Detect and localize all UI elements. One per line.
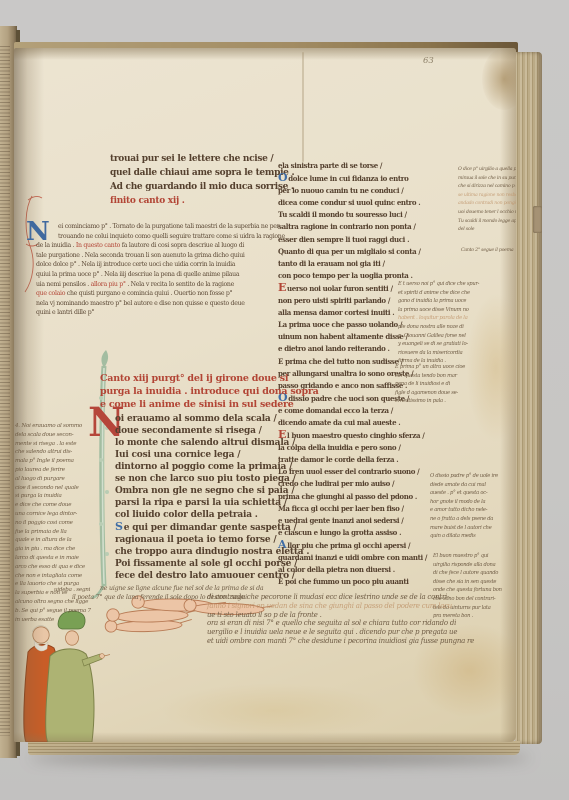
gloss-line: che salendo altrui dis- [15,448,91,457]
commentary-line: quini e lantri dille p° [36,308,285,318]
versal-initial: S [115,520,123,533]
gloss-line: b. Se qui p° segue il poema 7 [15,607,91,616]
gloss-line: E prima p° un altra uoce cioe [395,363,465,372]
commentary-line: tale purgatione . Nela seconda trouan li… [36,251,285,261]
verse-line: Poi fissamente al sole gl occhi porse / [115,558,309,570]
verse-line: finito canto xij . [110,194,294,208]
gloss-line: al luogo di purgare [15,475,91,484]
facing-page-text-hint [0,46,10,736]
gloss-line: si purga la inuidia [15,492,91,501]
gloss-line: che non e intagliata come [15,572,91,581]
note-line: ora si eran di nisi 7° e quello che segu… [207,619,474,628]
gloss-line: che si dirizza nel camino p dice [458,183,516,192]
gloss-line: O dissio padre p° de uole ire [430,472,498,481]
verse-line: quel dalle chiaui ame sopra le tempie . [110,166,294,180]
gloss-right-2: Canto 2° segue il poema [461,247,513,256]
fore-edge-tab [533,206,542,233]
verse-line: Quanto di qua per un migliaio si conta / [278,246,427,258]
note-line: ue ti sto leuato il so p de la fronte . [207,611,474,620]
gloss-line: riceuere da la misericordia [398,349,479,358]
gloss-line: mente si risega . la este [15,440,91,449]
folio-number: 63 [423,56,434,66]
verse-line: ragionaua il poeta io temo forse / [115,534,309,546]
bottom-commentary-note: di contrade che pecorone li mudasi ecc d… [207,593,474,646]
gloss-line: disse che sia in sen queste [433,578,502,587]
gloss-line: et spiriti d anime che dice che [398,289,479,298]
gloss-line: uirgilia risponde alla dona [433,561,502,570]
soul-figure [105,618,192,633]
gloss-line: p. Giouanni Galilea forse nel [398,332,479,341]
note-line: di contrade che pecorone li mudasi ecc d… [207,593,474,602]
verse-line: col liuido color della petraia . [115,509,309,521]
gloss-line: pio laurea de ferire [15,466,91,475]
gloss-line: gano d inuidia la prima uoce [398,297,479,306]
gloss-right-3: E t uerso noi p° qui dice che spur-et sp… [398,280,479,366]
soul-figure [107,607,200,624]
commentary-line: nela vj nominando maestro p° bel autore … [36,299,285,309]
gloss-left-margin-tail: uideba . segni [54,587,90,593]
gloss-line: diede amate da cui mal [430,481,498,490]
note-line: et uidi ombre con manti 7° che desidune … [207,637,474,646]
verse-line: Ombra non gle ne segno che si paia / [115,485,309,497]
gloss-line: in uerba esatte [15,616,91,625]
gloss-right-5: O dissio padre p° de uole irediede amate… [430,472,498,541]
gloss-line: mala p° Ingle il poema [15,457,91,466]
commentary-line: dolce dolce p° . Nela iij introduce cert… [36,260,285,270]
rubric-line: Canto xiij purgt° del ij girone doue si [100,372,319,385]
verse-line: Tu scaldi il mondo tu souresso luci / [278,209,427,221]
verse-line: esser dien sempre li tuoi raggi duci . [278,234,427,246]
manuscript-page: 63 trouai pur sei le lettere che ncise /… [14,48,516,742]
gloss-line: mare buist de l autori che [430,524,498,533]
gloss-line: cioe il secondo nel quale [15,484,91,493]
gloss-line: del sole [458,226,516,235]
gloss-line: e amor tutto dicho nele- [430,506,498,515]
gloss-line: quale e in altura de la [15,536,91,545]
commentary-line: quiui la prima uoce p° . Nela iiij descr… [36,270,285,280]
verse-line: dicea come condur si uuol quinc entro . [278,197,427,209]
parchment-stain [159,683,389,738]
verse-line: tanto di la erauam noi gia iti / [278,258,427,270]
verse-line: Iui cosi una cornice lega / [115,449,309,461]
gloss-line: habent . loquitur parola de la [398,314,479,323]
commentary-line: trouando ne colui inquieto como quelli s… [36,232,285,242]
gloss-right-4: E prima p° un altra uoce cioecor questa … [395,363,465,406]
gloss-line: Canto 2° segue il poema [461,247,513,256]
gloss-line: arco che esso di qua e dice [15,563,91,572]
gloss-line: no il poggio cosi come [15,519,91,528]
commentary-line: que colaio che quisti purgano e comincia… [36,289,285,299]
gloss-line: hor gnote il modo de la [430,498,498,507]
gloss-line: larco di questa e in maie [15,554,91,563]
verse-line: oi erauamo al sommo dela scala / [115,413,309,425]
gloss-line: cor questa tendo bon mar [395,372,465,381]
right-edge-shading [500,48,516,742]
gloss-line: fue la primaia de lla [15,528,91,537]
verse-line: fece del destro lato amuouer centro / [115,570,309,582]
parchment-crease [302,52,304,162]
manuscript-photo: 63 trouai pur sei le lettere che ncise /… [0,0,569,800]
gloss-line: una cornice lega dintor- [15,510,91,519]
verse-line: per lo nuouo camin tu ne conduci / [278,185,427,197]
gloss-line: 4. Noi erauamo al sommo [15,422,91,431]
gloss-line: e dice che come doue [15,501,91,510]
rubric-line: purga la inuidia . introduce qui dona so… [100,385,319,398]
note-line: uergilio e l inuidia uela neue e le segu… [207,628,474,637]
gloss-line: miraua il sole che in su punto [458,175,516,184]
verse-line: doue secondamente si risega / [115,425,309,437]
virgil-figure [24,625,60,742]
gloss-line: gia in piu . ma dice che [15,545,91,554]
book-shadow [30,752,530,764]
versal-initial: O [278,171,287,184]
verse-column-left: oi erauamo al sommo dela scala /doue sec… [115,413,309,582]
top-edge-shading [14,48,516,60]
gloss-line: Tu scaldi il mondo legge apprendi [458,218,516,227]
verse-line: parsi la ripa e parsi la uia schietta / [115,497,309,509]
gloss-line: di che fece l autore quando [433,569,502,578]
commentary-line: ei cominciamo p° . Tornato de la purgati… [36,222,285,232]
gloss-line: E t uerso noi p° qui dice che spur- [398,280,479,289]
gloss-line: ple dona nostra alle noze di [398,323,479,332]
gloss-line: pena de li inuidiosi e di [395,380,465,389]
gloss-line: dela scala doue secon- [15,431,91,440]
gloss-line: aueste . p° et questa oc- [430,489,498,498]
gloss-line: El buon maestro p° qui [433,552,502,561]
verse-line: Ad che guardando il mio duca sorrise . [110,180,294,194]
note-line: fanno i signori en uedan de sina che giu… [207,602,474,611]
interlinear-gloss-1: ne uigne se ligne alcune fue nel sol de … [100,585,263,592]
canto-xiii-rubric: Canto xiij purgt° del ij girone doue sip… [100,372,319,411]
canto-xii-ending: trouai pur sei le lettere che ncise /que… [110,152,294,208]
gloss-line: O dice p° uirgilio a quella par- [458,166,516,175]
verse-line: Se qui per dimandar gente saspetta / [115,521,309,534]
verse-line: che troppo aura dindugio nostra eletta . [115,546,309,558]
verse-line: Odolce lume in cui fidanza io entro [278,172,427,185]
corner-stain [482,48,516,110]
gloss-line: se ultima ragione non resban [458,192,516,201]
gloss-right-1: O dice p° uirgilio a quella par-miraua i… [458,166,516,235]
gloss-line: uoi douemo tener l occhio uiua [458,209,516,218]
verse-line: saltra ragione in contrario non ponta / [278,221,427,233]
dante-figure [46,611,110,742]
gloss-line: la prima uoce disse Vinum no [398,306,479,315]
verse-line: dintorno al poggio come la primaia / [115,461,309,473]
rubric-line: e come li anime de sinisi in sul sedere [100,398,319,411]
gloss-line: ne o fratta a dels psene da [430,515,498,524]
verse-line: lo monte che salendo altrui dismala / [115,437,309,449]
commentary-line: de la inuidia . In questo canto fa lauto… [36,241,285,251]
commentary-block: ei cominciamo p° . Tornato de la purgati… [36,222,285,318]
gloss-line: andado contradi non pongi [458,200,516,209]
commentary-line: uia nemi pensilos . allora piu p° . Nela… [36,280,285,290]
verse-line: trouai pur sei le lettere che ncise / [110,152,294,166]
verse-line: se non che larco suo piu tosto piega / [115,473,309,485]
gloss-line: quin a dilata medis [430,532,498,541]
gloss-line: y euangeli se di se gratiati lo- [398,340,479,349]
gutter-shading [14,48,44,742]
bottom-edge-shading [14,732,516,742]
verse-line: ela sinistra parte di se torse / [278,160,427,172]
book-fore-edge [515,52,542,744]
gloss-line: ernestissimo in pala . [395,397,465,406]
gloss-line: figle d agamenon doue se- [395,389,465,398]
